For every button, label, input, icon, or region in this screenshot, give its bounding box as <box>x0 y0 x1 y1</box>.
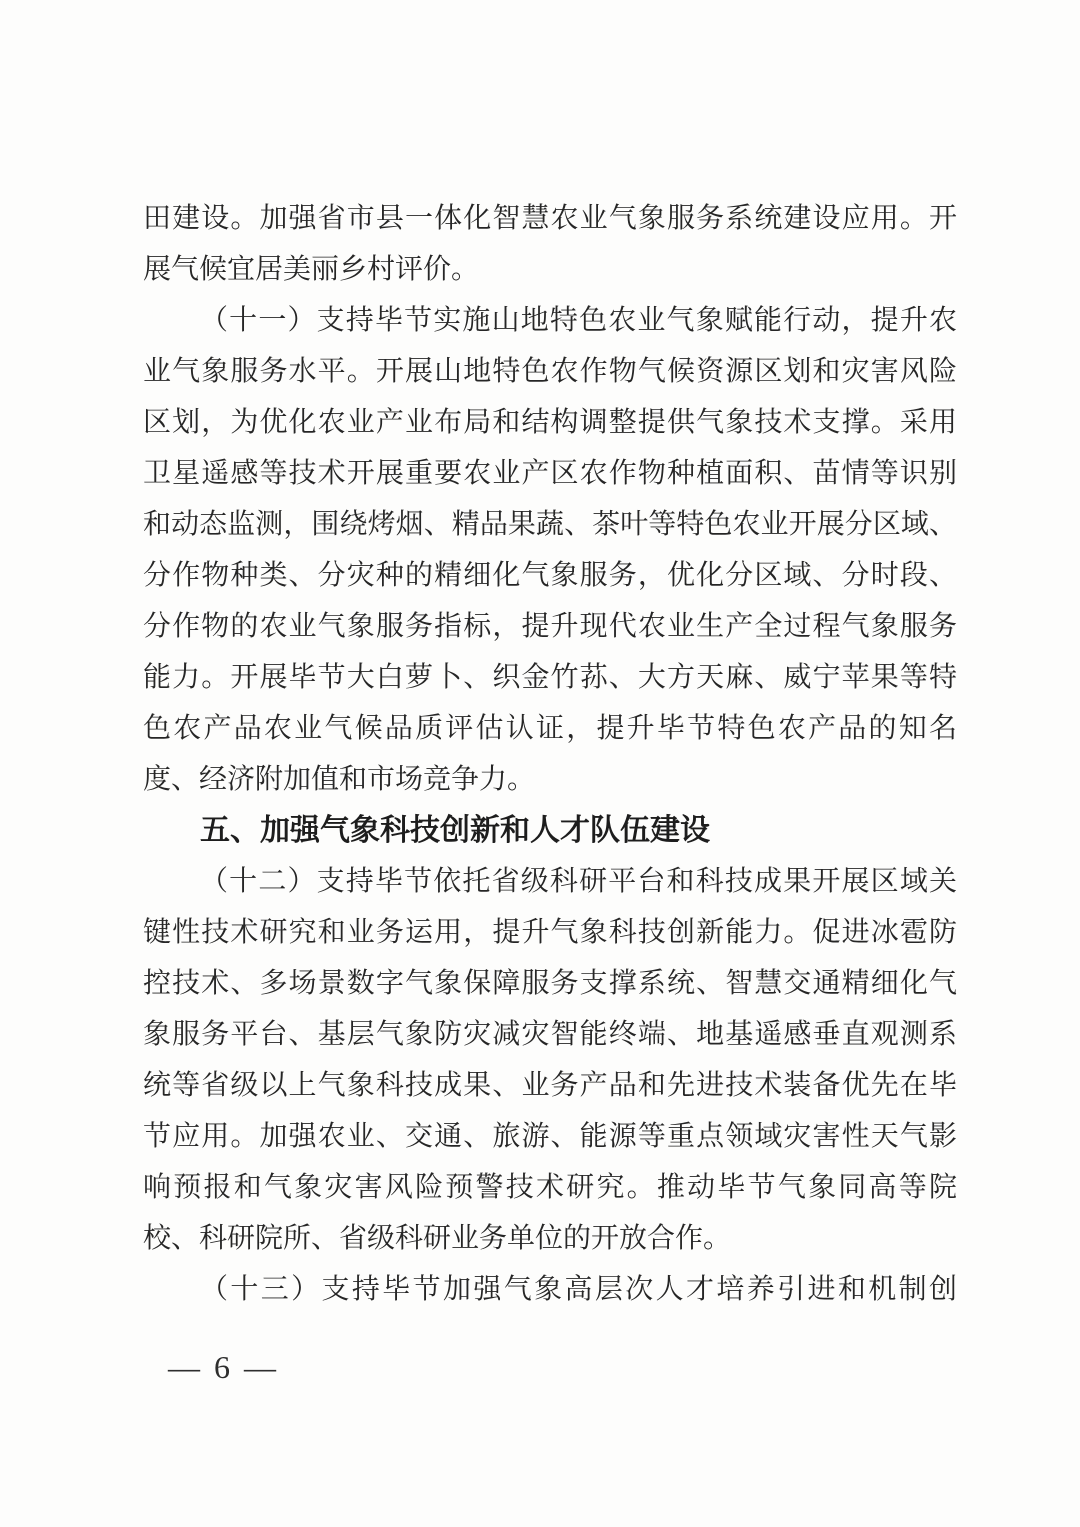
text-line: 控技术、多场景数字气象保障服务支撑系统、智慧交通精细化气 <box>143 958 957 1009</box>
page-number: — 6 — <box>168 1347 279 1387</box>
text-line: 节应用。加强农业、交通、旅游、能源等重点领域灾害性天气影 <box>143 1111 957 1162</box>
text-line: 田建设。加强省市县一体化智慧农业气象服务系统建设应用。开 <box>143 193 957 244</box>
section-heading: 五、加强气象科技创新和人才队伍建设 <box>143 805 957 856</box>
text-line: 和动态监测，围绕烤烟、精品果蔬、茶叶等特色农业开展分区域、 <box>143 499 957 550</box>
text-line: 象服务平台、基层气象防灾减灾智能终端、地基遥感垂直观测系 <box>143 1009 957 1060</box>
text-line: 区划，为优化农业产业布局和结构调整提供气象技术支撑。采用 <box>143 397 957 448</box>
document-page: 田建设。加强省市县一体化智慧农业气象服务系统建设应用。开 展气候宜居美丽乡村评价… <box>0 0 1080 1527</box>
text-line: 展气候宜居美丽乡村评价。 <box>143 244 957 295</box>
text-line: （十一）支持毕节实施山地特色农业气象赋能行动，提升农 <box>143 295 957 346</box>
text-line: 度、经济附加值和市场竞争力。 <box>143 754 957 805</box>
text-line: 分作物的农业气象服务指标，提升现代农业生产全过程气象服务 <box>143 601 957 652</box>
text-line: 分作物种类、分灾种的精细化气象服务，优化分区域、分时段、 <box>143 550 957 601</box>
text-line: 能力。开展毕节大白萝卜、织金竹荪、大方天麻、威宁苹果等特 <box>143 652 957 703</box>
document-body: 田建设。加强省市县一体化智慧农业气象服务系统建设应用。开 展气候宜居美丽乡村评价… <box>143 193 957 1315</box>
text-line: 响预报和气象灾害风险预警技术研究。推动毕节气象同高等院 <box>143 1162 957 1213</box>
text-line: 卫星遥感等技术开展重要农业产区农作物种植面积、苗情等识别 <box>143 448 957 499</box>
text-line: （十三）支持毕节加强气象高层次人才培养引进和机制创 <box>143 1264 957 1315</box>
text-line: 校、科研院所、省级科研业务单位的开放合作。 <box>143 1213 957 1264</box>
text-line: 业气象服务水平。开展山地特色农作物气候资源区划和灾害风险 <box>143 346 957 397</box>
text-line: 键性技术研究和业务运用，提升气象科技创新能力。促进冰雹防 <box>143 907 957 958</box>
text-line: （十二）支持毕节依托省级科研平台和科技成果开展区域关 <box>143 856 957 907</box>
text-line: 统等省级以上气象科技成果、业务产品和先进技术装备优先在毕 <box>143 1060 957 1111</box>
text-line: 色农产品农业气候品质评估认证，提升毕节特色农产品的知名 <box>143 703 957 754</box>
